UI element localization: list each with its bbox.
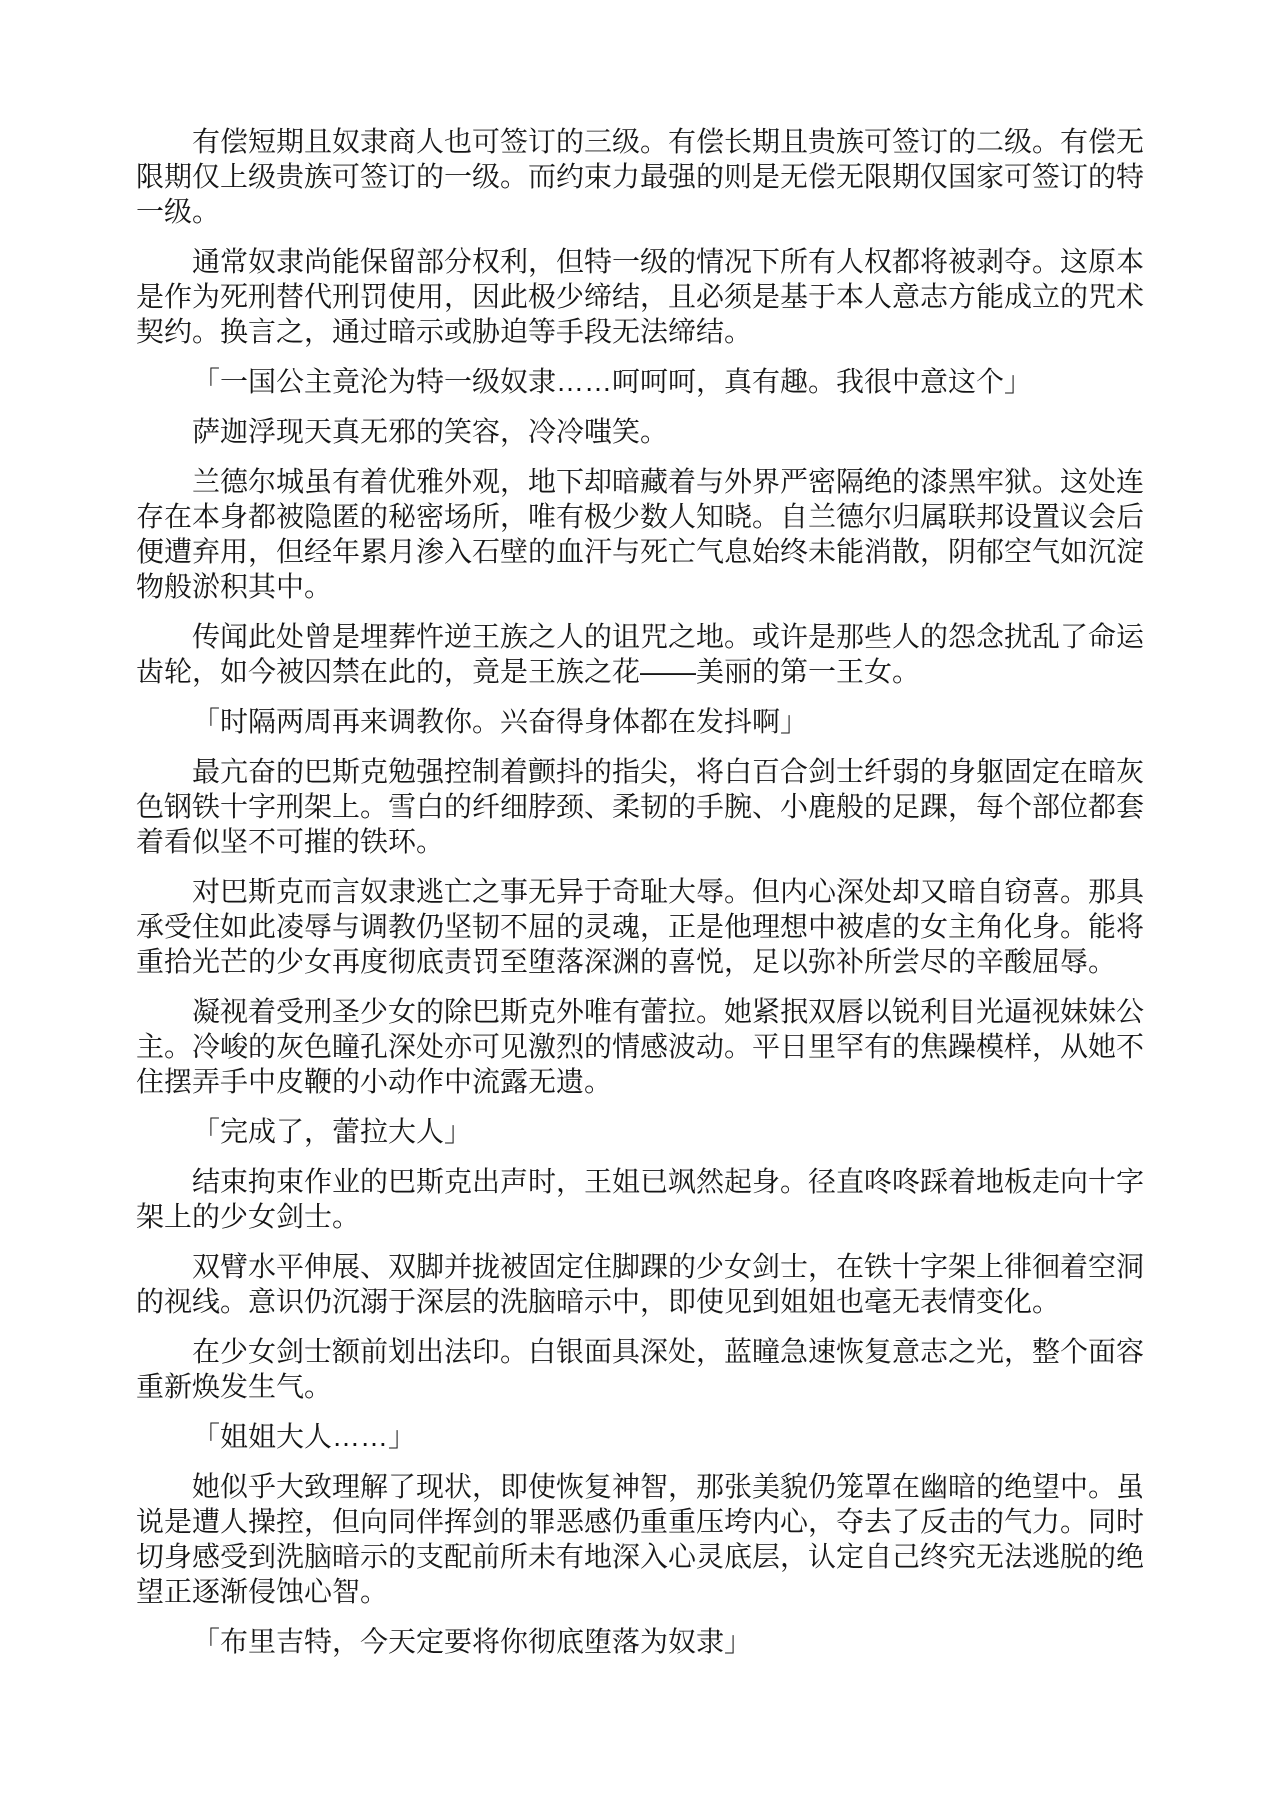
narration-paragraph: 结束拘束作业的巴斯克出声时，王姐已飒然起身。径直咚咚踩着地板走向十字架上的少女剑… <box>136 1164 1144 1234</box>
dialogue-line: 「一国公主竟沦为特一级奴隶……呵呵呵，真有趣。我很中意这个」 <box>136 364 1144 399</box>
narration-paragraph: 凝视着受刑圣少女的除巴斯克外唯有蕾拉。她紧抿双唇以锐利目光逼视妹妹公主。冷峻的灰… <box>136 994 1144 1099</box>
dialogue-line: 「完成了，蕾拉大人」 <box>136 1114 1144 1149</box>
narration-paragraph: 对巴斯克而言奴隶逃亡之事无异于奇耻大辱。但内心深处却又暗自窃喜。那具承受住如此凌… <box>136 874 1144 979</box>
dialogue-line: 「姐姐大人……」 <box>136 1419 1144 1454</box>
novel-page: 有偿短期且奴隶商人也可签订的三级。有偿长期且贵族可签订的二级。有偿无限期仅上级贵… <box>0 0 1280 1808</box>
dialogue-line: 「时隔两周再来调教你。兴奋得身体都在发抖啊」 <box>136 704 1144 739</box>
narration-paragraph: 有偿短期且奴隶商人也可签订的三级。有偿长期且贵族可签订的二级。有偿无限期仅上级贵… <box>136 124 1144 229</box>
narration-paragraph: 传闻此处曾是埋葬忤逆王族之人的诅咒之地。或许是那些人的怨念扰乱了命运齿轮，如今被… <box>136 619 1144 689</box>
narration-paragraph: 通常奴隶尚能保留部分权利，但特一级的情况下所有人权都将被剥夺。这原本是作为死刑替… <box>136 244 1144 349</box>
narration-paragraph: 双臂水平伸展、双脚并拢被固定住脚踝的少女剑士，在铁十字架上徘徊着空洞的视线。意识… <box>136 1249 1144 1319</box>
narration-paragraph: 她似乎大致理解了现状，即使恢复神智，那张美貌仍笼罩在幽暗的绝望中。虽说是遭人操控… <box>136 1469 1144 1609</box>
narration-paragraph: 在少女剑士额前划出法印。白银面具深处，蓝瞳急速恢复意志之光，整个面容重新焕发生气… <box>136 1334 1144 1404</box>
dialogue-line: 「布里吉特，今天定要将你彻底堕落为奴隶」 <box>136 1624 1144 1659</box>
narration-paragraph: 萨迦浮现天真无邪的笑容，冷冷嗤笑。 <box>136 414 1144 449</box>
narration-paragraph: 兰德尔城虽有着优雅外观，地下却暗藏着与外界严密隔绝的漆黑牢狱。这处连存在本身都被… <box>136 464 1144 604</box>
narration-paragraph: 最亢奋的巴斯克勉强控制着颤抖的指尖，将白百合剑士纤弱的身躯固定在暗灰色钢铁十字刑… <box>136 754 1144 859</box>
